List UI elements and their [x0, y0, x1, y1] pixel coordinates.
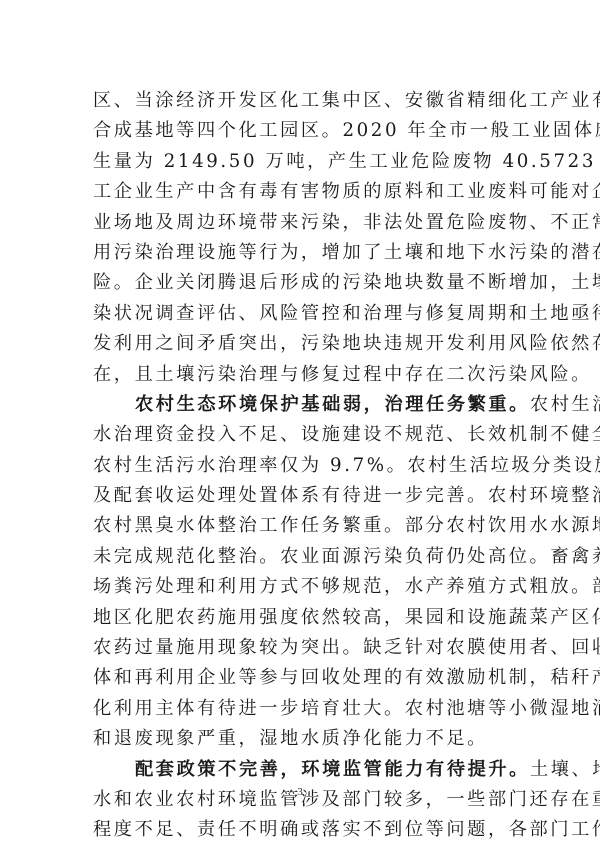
text-line: 和退废现象严重，湿地水质净化能力不足。 — [93, 724, 513, 754]
document-page: 区、当涂经济开发区化工集中区、安徽省精细化工产业有机 合成基地等四个化工园区。2… — [0, 0, 600, 848]
text-line: 在，且土壤污染治理与修复过程中存在二次污染风险。 — [93, 360, 513, 390]
text-line: 地区化肥农药施用强度依然较高，果园和设施蔬菜产区化肥 — [93, 603, 513, 633]
paragraph-rural-first-line: 农村生态环境保护基础弱，治理任务繁重。农村生活污 — [93, 390, 513, 420]
page-number: 3 — [0, 786, 600, 798]
text-line: 农村生活污水治理率仅为 9.7%。农村生活垃圾分类设施投放 — [93, 451, 513, 481]
paragraph-heading-rural: 农村生态环境保护基础弱，治理任务繁重。 — [135, 394, 530, 415]
text-fragment: 土壤、地下 — [530, 759, 600, 780]
text-line: 水治理资金投入不足、设施建设不规范、长效机制不健全， — [93, 420, 513, 450]
text-line: 业场地及周边环境带来污染，非法处置危险废物、不正常使 — [93, 208, 513, 238]
text-line: 场粪污处理和利用方式不够规范，水产养殖方式粗放。部分 — [93, 572, 513, 602]
text-line: 未完成规范化整治。农业面源污染负荷仍处高位。畜禽养殖 — [93, 542, 513, 572]
text-line: 体和再利用企业等参与回收处理的有效激励机制，秸秆产业 — [93, 663, 513, 693]
text-line: 发利用之间矛盾突出，污染地块违规开发利用风险依然存 — [93, 329, 513, 359]
paragraph-policy-first-line: 配套政策不完善，环境监管能力有待提升。土壤、地下 — [93, 755, 513, 785]
text-line: 程度不足、责任不明确或落实不到位等问题，各部门工作统 — [93, 815, 513, 845]
text-line: 农村黑臭水体整治工作任务繁重。部分农村饮用水水源地尚 — [93, 511, 513, 541]
text-line: 用污染治理设施等行为，增加了土壤和地下水污染的潜在风 — [93, 238, 513, 268]
text-line: 染状况调查评估、风险管控和治理与修复周期和土地亟待开 — [93, 299, 513, 329]
text-line: 区、当涂经济开发区化工集中区、安徽省精细化工产业有机 — [93, 86, 513, 116]
paragraph-heading-policy: 配套政策不完善，环境监管能力有待提升。 — [135, 759, 530, 780]
text-fragment: 农村生活污 — [530, 394, 600, 415]
text-line: 生量为 2149.50 万吨，产生工业危险废物 40.5723 万吨，化 — [93, 147, 513, 177]
text-line: 农药过量施用现象较为突出。缺乏针对农膜使用者、回收个 — [93, 633, 513, 663]
text-line: 合成基地等四个化工园区。2020 年全市一般工业固体废物产 — [93, 116, 513, 146]
body-text: 区、当涂经济开发区化工集中区、安徽省精细化工产业有机 合成基地等四个化工园区。2… — [93, 86, 513, 846]
text-line: 化利用主体有待进一步培育壮大。农村池塘等小微湿地消失 — [93, 694, 513, 724]
text-line: 工企业生产中含有毒有害物质的原料和工业废料可能对企 — [93, 177, 513, 207]
text-line: 及配套收运处理处置体系有待进一步完善。农村环境整治和 — [93, 481, 513, 511]
text-line: 险。企业关闭腾退后形成的污染地块数量不断增加，土壤污 — [93, 268, 513, 298]
